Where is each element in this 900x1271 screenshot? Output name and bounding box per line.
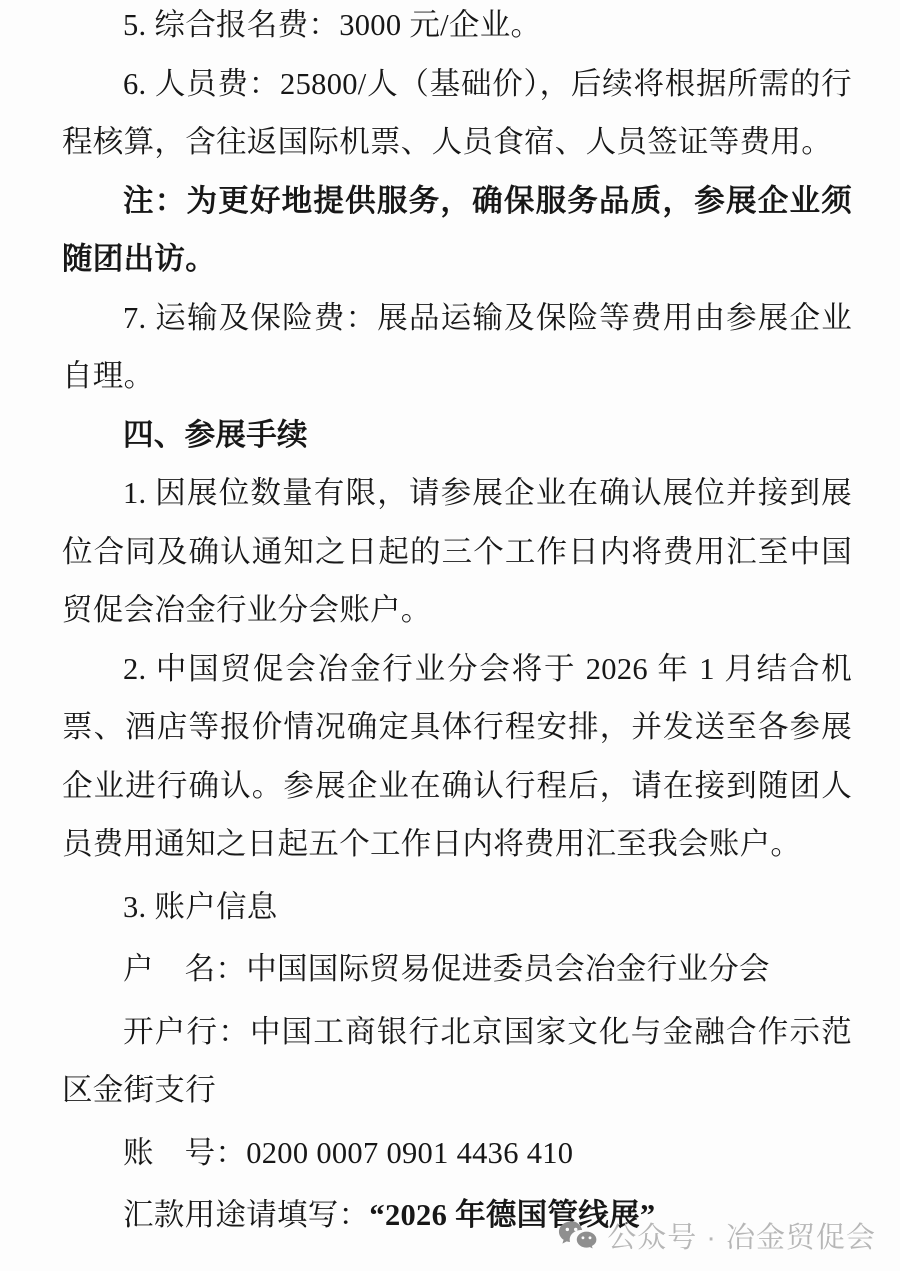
procedure-item-1: 1. 因展位数量有限，请参展企业在确认展位并接到展位合同及确认通知之日起的三个工… bbox=[62, 464, 852, 640]
watermark-text: 公众号 · 冶金贸促会 bbox=[607, 1215, 876, 1256]
fee-transport-insurance-paragraph: 7. 运输及保险费：展品运输及保险等费用由参展企业自理。 bbox=[62, 289, 852, 406]
watermark: 公众号 · 冶金贸促会 bbox=[558, 1215, 876, 1256]
fee-personnel-paragraph: 6. 人员费：25800/人（基础价），后续将根据所需的行程核算，含往返国际机票… bbox=[62, 55, 852, 172]
wechat-icon bbox=[558, 1220, 598, 1251]
document-page: 5. 综合报名费：3000 元/企业。 6. 人员费：25800/人（基础价），… bbox=[0, 0, 900, 1271]
note-paragraph: 注：为更好地提供服务，确保服务品质，参展企业须随团出访。 bbox=[62, 172, 852, 289]
section-heading-exhibition-procedures: 四、参展手续 bbox=[62, 406, 852, 465]
document-body: 5. 综合报名费：3000 元/企业。 6. 人员费：25800/人（基础价），… bbox=[62, 0, 852, 1245]
account-number-line: 账 号：0200 0007 0901 4436 410 bbox=[62, 1124, 852, 1183]
bank-branch-line: 开户行：中国工商银行北京国家文化与金融合作示范区金街支行 bbox=[62, 1003, 852, 1120]
account-holder-line: 户 名：中国国际贸易促进委员会冶金行业分会 bbox=[62, 940, 852, 999]
procedure-item-2: 2. 中国贸促会冶金行业分会将于 2026 年 1 月结合机票、酒店等报价情况确… bbox=[62, 640, 852, 874]
procedure-item-3-account-info: 3. 账户信息 bbox=[62, 878, 852, 937]
fee-registration-paragraph: 5. 综合报名费：3000 元/企业。 bbox=[62, 0, 852, 55]
remittance-purpose-label: 汇款用途请填写： bbox=[123, 1198, 369, 1232]
